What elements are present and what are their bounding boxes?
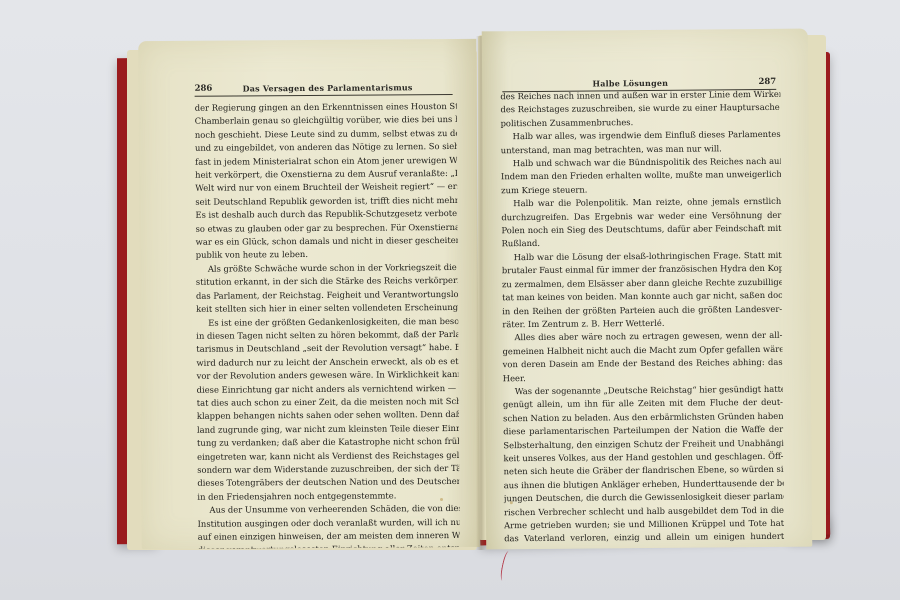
text-line: dieses Totengräbers der deutschen Nation… [197, 475, 459, 490]
loose-red-thread [499, 551, 512, 582]
text-line: tung zu verdanken; daß aber die Katastro… [197, 435, 459, 450]
paper-stain [440, 498, 443, 501]
left-page: 286 Das Versagen des Parlamentarismus de… [138, 39, 480, 549]
left-running-head: 286 Das Versagen des Parlamentarismus [195, 82, 453, 97]
text-line: Indem man den Frieden erhalten wollte, m… [501, 168, 781, 184]
right-page-body-text: des Reiches nach innen und außen war in … [500, 88, 784, 546]
text-line: des Reichstages zuzuschreiben, sie wurde… [500, 101, 780, 117]
text-line: und zu eingebildet, von anderen das Nöti… [195, 140, 457, 155]
text-line: Halb war alles, was irgendwie dem Einflu… [501, 128, 781, 144]
text-line: in den Reihen der größten Parteien auch … [502, 302, 782, 318]
left-page-body-text: der Regierung gingen an den Erkenntnisse… [195, 100, 460, 549]
text-line: keit stellten sich hier in einer selten … [196, 301, 458, 316]
text-line: vor der Revolution anders gewesen wäre. … [197, 368, 459, 383]
text-line: Aus der Unsumme von verheerenden Schäden… [197, 502, 459, 517]
paper-stain [510, 501, 513, 504]
right-running-title: Halbe Lösungen [592, 78, 668, 89]
text-line: von deren Dasein am Ende der Bestand des… [503, 356, 783, 372]
right-page: Halbe Lösungen 287 des Reiches nach inne… [482, 29, 813, 550]
text-line: das Vaterland verloren, einzig und allei… [504, 530, 784, 546]
text-line: war es ein Glück, schon damals und nicht… [196, 234, 458, 249]
left-page-number: 286 [195, 84, 213, 94]
right-page-number: 287 [758, 77, 776, 87]
text-line: Es ist deshalb auch durch das Republik-S… [195, 207, 457, 222]
text-line: stitution erkannt, in der sich die Stärk… [196, 274, 458, 289]
left-running-title: Das Versagen des Parlamentarismus [243, 82, 413, 93]
